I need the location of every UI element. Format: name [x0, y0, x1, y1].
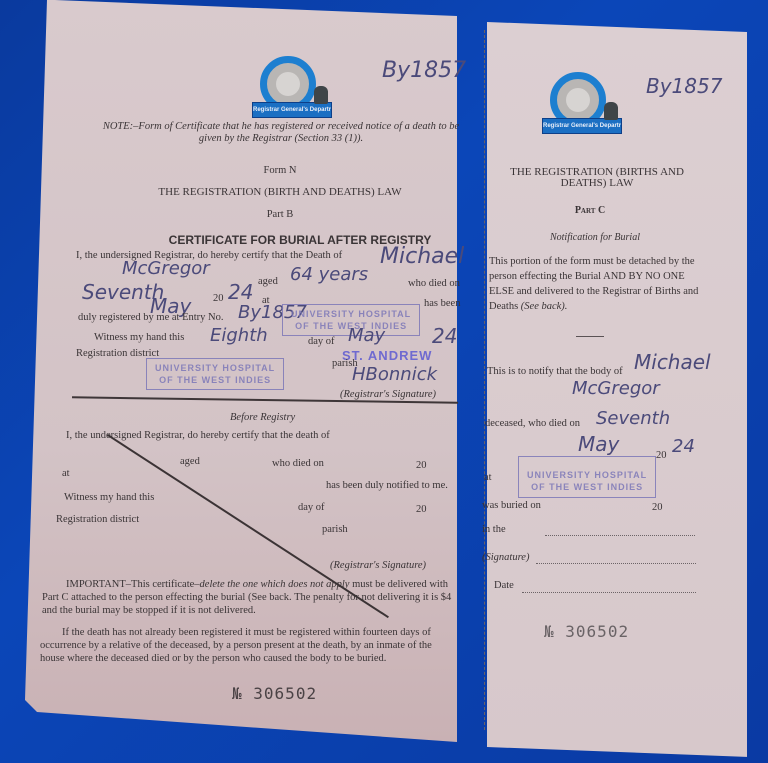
date-label: Date	[494, 580, 514, 591]
law-title-line: DEATHS) LAW	[492, 178, 702, 189]
part-c-surname: McGregor	[572, 378, 660, 399]
before-registry-heading: Before Registry	[230, 412, 295, 423]
instructions-see-back: (See back).	[521, 301, 568, 312]
deceased-surname: McGregor	[122, 258, 210, 279]
serial-value: 306502	[565, 622, 629, 641]
before-year-prefix-2: 20	[416, 504, 427, 515]
part-c-year-prefix-2: 20	[652, 502, 663, 513]
before-line1: I, the undersigned Registrar, do hereby …	[66, 430, 330, 441]
registrar-signature-label: (Registrar's Signature)	[340, 389, 436, 400]
part-c-at-label: at	[484, 472, 492, 483]
stamp-district: UNIVERSITY HOSPITAL OF THE WEST INDIES	[146, 358, 284, 390]
deceased-first-name: Michael	[380, 244, 464, 269]
logo-figure-icon	[604, 102, 618, 120]
important-note: IMPORTANT–This certificate–delete the on…	[42, 578, 452, 617]
important-lead: IMPORTANT–This certificate–	[66, 579, 200, 590]
witness-label: Witness my hand this	[94, 332, 184, 343]
date-blank	[522, 592, 696, 593]
before-witness-label: Witness my hand this	[64, 492, 154, 503]
logo-banner: Registrar General's Department	[542, 118, 622, 134]
in-the-blank	[545, 535, 695, 536]
registration-note: If the death has not already been regist…	[40, 626, 452, 665]
registrar-logo-right: Registrar General's Department	[542, 72, 622, 142]
stamp-line: UNIVERSITY HOSPITAL	[291, 308, 411, 320]
short-rule	[576, 336, 604, 337]
part-c-instructions: This portion of the form must be detache…	[489, 254, 704, 314]
duly-registered-label: duly registered by me at Entry No.	[78, 312, 224, 323]
part-c-died-month: May	[578, 432, 619, 456]
registrar-logo: Registrar General's Department	[252, 56, 332, 126]
who-died-on-label: who died on	[408, 278, 460, 289]
before-notified-label: has been duly notified to me.	[326, 480, 448, 491]
part-c-year-prefix: 20	[656, 450, 667, 461]
has-been-label: has been	[424, 298, 460, 309]
before-aged-label: aged	[180, 456, 200, 467]
part-c-signature-label: (Signature)	[482, 552, 529, 563]
part-c-label: Part C	[540, 205, 640, 216]
registrar-signature: HBonnick	[352, 364, 437, 385]
aged-label: aged	[258, 276, 278, 287]
before-at-label: at	[62, 468, 70, 479]
logo-banner: Registrar General's Department	[252, 102, 332, 118]
buried-label: was buried on	[482, 500, 541, 511]
witness-day: Eighth	[210, 325, 268, 346]
before-who-died-label: who died on	[272, 458, 324, 469]
day-of-label: day of	[308, 336, 335, 347]
died-year: 24	[228, 280, 253, 304]
deceased-label: deceased, who died on	[485, 418, 580, 429]
deceased-age: 64 years	[290, 264, 368, 285]
part-c-died-year: 24	[672, 436, 695, 457]
stamp-line: UNIVERSITY HOSPITAL	[155, 362, 275, 374]
stamp-line: UNIVERSITY HOSPITAL	[527, 469, 647, 481]
witness-month: May	[348, 325, 385, 346]
year-prefix: 20	[213, 293, 224, 304]
part-c-first-name: Michael	[634, 350, 711, 374]
serial-number-left: № 306502	[232, 684, 317, 703]
part-c-stamp-place: UNIVERSITY HOSPITAL OF THE WEST INDIES	[518, 456, 656, 498]
serial-value: 306502	[253, 684, 317, 703]
stamp-line: OF THE WEST INDIES	[527, 481, 647, 493]
notify-label: This is to notify that the body of	[487, 366, 623, 377]
logo-figure-icon	[314, 86, 328, 104]
note-text: NOTE:–Form of Certificate that he has re…	[96, 121, 466, 145]
before-year-prefix: 20	[416, 460, 427, 471]
before-signature-label: (Registrar's Signature)	[330, 560, 426, 571]
before-parish-label: parish	[322, 524, 348, 535]
serial-number-right: № 306502	[544, 622, 629, 641]
before-day-of-label: day of	[298, 502, 325, 513]
part-c-died-day: Seventh	[596, 408, 670, 429]
part-c-subtitle: Notification for Burial	[520, 232, 670, 243]
serial-prefix: №	[544, 622, 555, 641]
perforation-line	[484, 30, 485, 730]
before-district-label: Registration district	[56, 514, 139, 525]
handwritten-ref-left: By1857	[382, 58, 466, 83]
law-title: THE REGISTRATION (BIRTH AND DEATHS) LAW	[120, 186, 440, 198]
witness-year: 24	[432, 324, 457, 348]
form-label: Form N	[180, 165, 380, 176]
stamp-line: OF THE WEST INDIES	[155, 374, 275, 386]
handwritten-ref-right: By1857	[646, 74, 722, 98]
signature-blank	[536, 563, 696, 564]
part-b-label: Part B	[180, 209, 380, 220]
in-the-label: in the	[482, 524, 506, 535]
serial-prefix: №	[232, 684, 243, 703]
part-c-law-title: THE REGISTRATION (BIRTHS AND DEATHS) LAW	[492, 167, 702, 189]
important-italic: delete the one which does not apply	[200, 579, 350, 590]
